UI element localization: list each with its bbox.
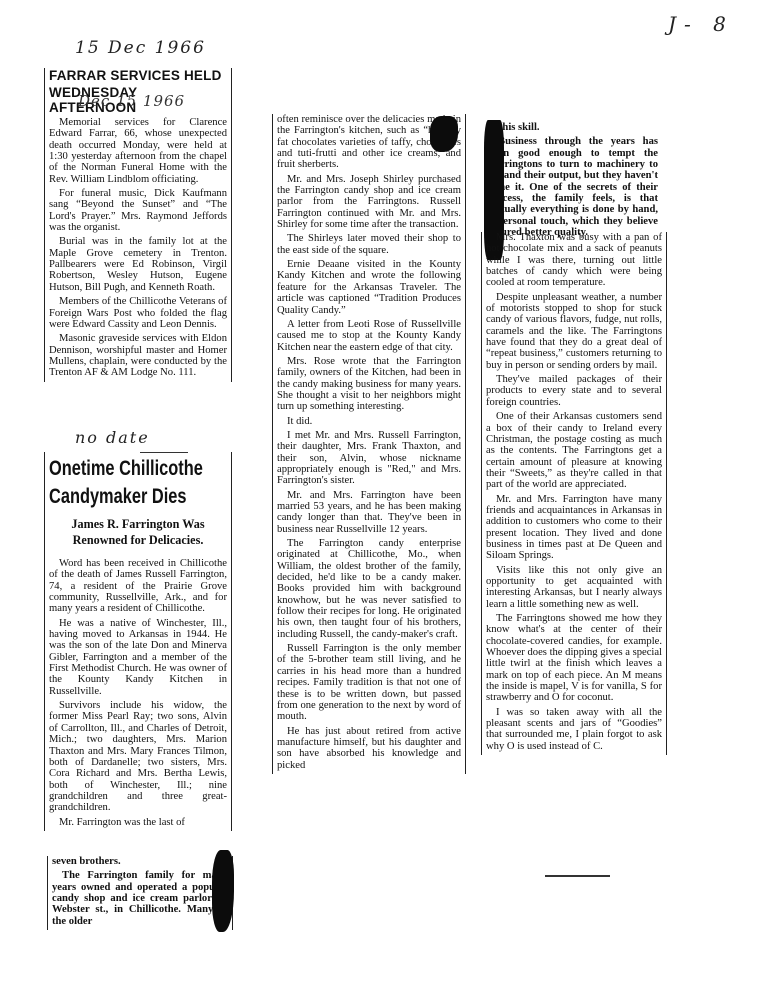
farrington-paragraph: Word has been received in Chillicothe of… — [49, 558, 227, 615]
farrington-paragraph: The Farrington family for many years own… — [52, 870, 228, 927]
farrington-headline-line2: Candymaker Dies — [49, 484, 188, 510]
farrington-paragraph: I was so taken away with all the pleasan… — [486, 707, 662, 752]
farrington-paragraph: They've mailed packages of their product… — [486, 374, 662, 408]
farrington-paragraph: The Farringtons showed me how they know … — [486, 613, 662, 704]
farrington-subhead: James R. Farrington Was Renowned for Del… — [49, 516, 227, 548]
farrington-paragraph: Mrs. Rose wrote that the Farrington fami… — [277, 356, 461, 413]
farrington-paragraph: The Shirleys later moved their shop to t… — [277, 233, 461, 256]
handwritten-date-overlay: Dec 15 1966 — [78, 92, 185, 110]
farrington-paragraph: It did. — [277, 416, 461, 427]
farrington-paragraph: Mr. Farrington was the last of — [49, 817, 227, 828]
farrar-headline-line1: FARRAR SERVICES HELD — [49, 68, 227, 83]
farrar-paragraph: Memorial services for Clarence Edward Fa… — [49, 117, 227, 185]
handwritten-date-top: 15 Dec 1966 — [75, 38, 206, 58]
farrington-paragraph: Survivors include his widow, the former … — [49, 700, 227, 813]
end-rule — [545, 875, 610, 877]
farrington-paragraph: He was a native of Winchester, Ill., hav… — [49, 618, 227, 697]
farrington-article-col1-continued: seven brothers. The Farrington family fo… — [47, 856, 233, 930]
handwritten-page-number: J- 8 — [668, 12, 734, 36]
farrington-article-col2: often reminisce over the delicacies made… — [272, 114, 466, 774]
farrington-subhead-line1: James R. Farrington Was — [49, 516, 227, 532]
farrington-paragraph: He has just about retired from active ma… — [277, 726, 461, 771]
farrar-paragraph: Burial was in the family lot at the Mapl… — [49, 236, 227, 293]
farrington-article-col3: Mrs. Thaxton was busy with a pan of hot … — [481, 232, 667, 755]
farrington-article-col1: Onetime Chillicothe Candymaker Dies Jame… — [44, 452, 232, 831]
ink-blot — [430, 116, 458, 152]
farrar-paragraph: Members of the Chillicothe Veterans of F… — [49, 296, 227, 330]
farrar-paragraph: For funeral music, Dick Kaufmann sang “B… — [49, 188, 227, 233]
farrar-paragraph: Masonic graveside services with Eldon De… — [49, 333, 227, 378]
farrington-paragraph: Mr. and Mrs. Joseph Shirley purchased th… — [277, 174, 461, 231]
farrington-paragraph: Ernie Deaane visited in the Kounty Kandy… — [277, 259, 461, 316]
farrington-paragraph: Mrs. Thaxton was busy with a pan of hot … — [486, 232, 662, 289]
farrington-paragraph: I met Mr. and Mrs. Russell Farrington, t… — [277, 430, 461, 487]
farrington-paragraph: Visits like this not only give an opport… — [486, 565, 662, 610]
farrington-paragraph: Despite unpleasant weather, a number of … — [486, 292, 662, 371]
farrington-paragraph: One of their Arkansas customers send a b… — [486, 411, 662, 490]
farrington-paragraph: A letter from Leoti Rose of Russellville… — [277, 319, 461, 353]
farrington-paragraph: up his skill. — [488, 122, 658, 133]
farrington-article-col3-top: up his skill. Business through the years… — [488, 122, 658, 241]
farrington-paragraph: Mr. and Mrs. Farrington have many friend… — [486, 494, 662, 562]
farrar-article: FARRAR SERVICES HELD WEDNESDAY AFTERNOON… — [44, 68, 232, 382]
farrington-paragraph: seven brothers. — [52, 856, 228, 867]
ink-blot — [212, 850, 234, 932]
farrington-headline-line1: Onetime Chillicothe — [49, 456, 188, 482]
farrington-paragraph: Business through the years has been good… — [488, 136, 658, 238]
handwritten-no-date: no date — [75, 428, 150, 447]
farrington-subhead-line2: Renowned for Delicacies. — [49, 532, 227, 548]
farrington-paragraph: The Farrington candy enterprise originat… — [277, 538, 461, 640]
farrington-paragraph: Mr. and Mrs. Farrington have been marrie… — [277, 490, 461, 535]
farrington-paragraph: Russell Farrington is the only member of… — [277, 643, 461, 722]
